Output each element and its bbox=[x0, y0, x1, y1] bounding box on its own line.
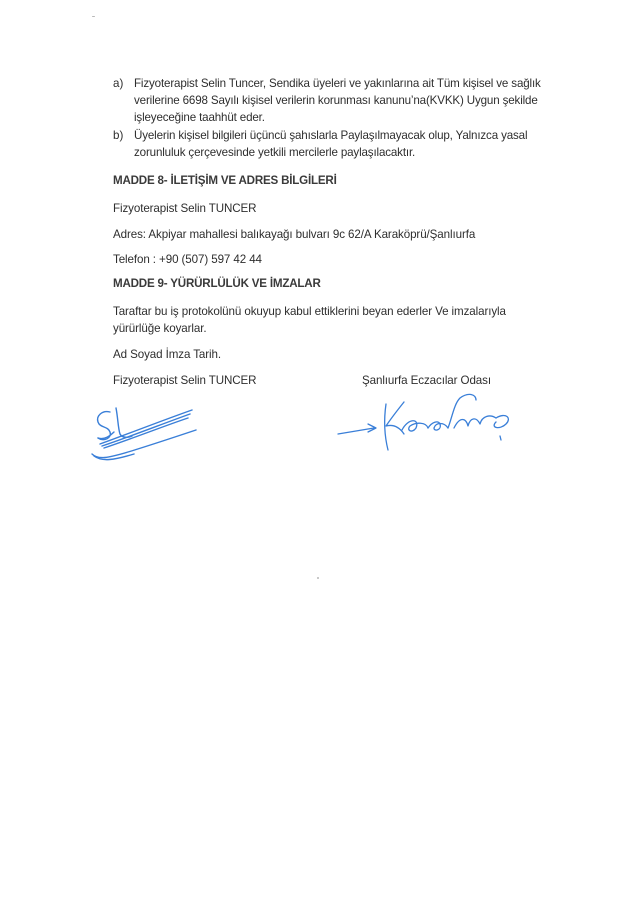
list-line: Üyelerin kişisel bilgileri üçüncü şahısl… bbox=[134, 127, 564, 144]
contact-phone: Telefon : +90 (507) 597 42 44 bbox=[113, 251, 262, 268]
section-heading-madde-9: MADDE 9- YÜRÜRLÜLÜK VE İMZALAR bbox=[113, 277, 321, 290]
signature-fields-label: Ad Soyad İmza Tarih. bbox=[113, 346, 221, 363]
paragraph-line: Taraftar bu iş protokolünü okuyup kabul … bbox=[113, 303, 506, 320]
signature-right-icon bbox=[330, 388, 530, 460]
contact-address: Adres: Akpiyar mahallesi balıkayağı bulv… bbox=[113, 226, 475, 243]
list-item-b: b) Üyelerin kişisel bilgileri üçüncü şah… bbox=[113, 127, 563, 163]
document-page: a) Fizyoterapist Selin Tuncer, Sendika ü… bbox=[0, 0, 636, 900]
list-marker: a) bbox=[113, 75, 123, 92]
scan-speck bbox=[92, 16, 95, 17]
signature-left-icon bbox=[88, 398, 208, 468]
list-line: işleyeceğine taahhüt eder. bbox=[134, 109, 564, 126]
list-line: verilerine 6698 Sayılı kişisel verilerin… bbox=[134, 92, 564, 109]
contact-name: Fizyoterapist Selin TUNCER bbox=[113, 200, 256, 217]
section-heading-madde-8: MADDE 8- İLETİŞİM VE ADRES BİLGİLERİ bbox=[113, 174, 337, 187]
list-line: Fizyoterapist Selin Tuncer, Sendika üyel… bbox=[134, 75, 564, 92]
party-left-name: Fizyoterapist Selin TUNCER bbox=[113, 372, 256, 389]
paragraph-line: yürürlüğe koyarlar. bbox=[113, 320, 206, 337]
list-line: zorunluluk çerçevesinde yetkili merciler… bbox=[134, 144, 564, 161]
scan-speck bbox=[317, 577, 319, 579]
list-marker: b) bbox=[113, 127, 123, 144]
list-item-a: a) Fizyoterapist Selin Tuncer, Sendika ü… bbox=[113, 75, 563, 127]
party-right-name: Şanlıurfa Eczacılar Odası bbox=[362, 372, 491, 389]
